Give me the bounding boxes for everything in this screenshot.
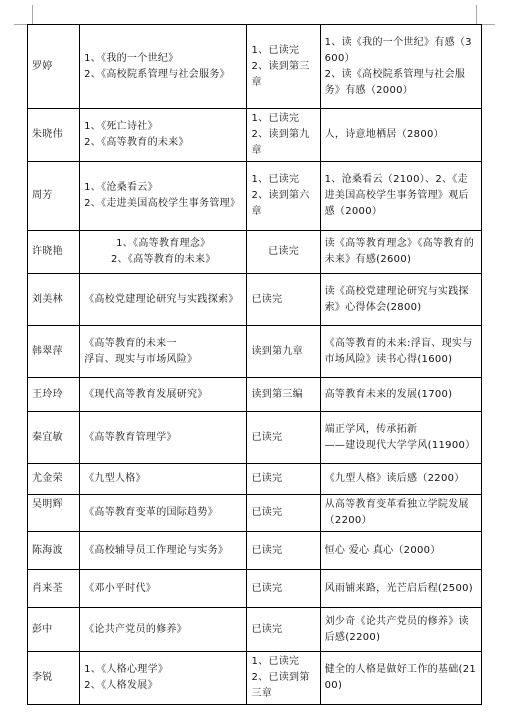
book-cell-line: 《现代高等教育发展研究》	[84, 387, 242, 403]
table-row: 朱晓伟1、《死亡诗社》2、《高等教育的未来》1、已读完2、读到第九章人，诗意地栖…	[28, 109, 482, 162]
table-row: 秦宜敏《高等教育管理学》已读完端正学风，传承拓新——建设现代大学学风(11900…	[28, 412, 482, 464]
note-cell: 高等教育未来的发展(1700)	[320, 378, 481, 412]
progress-cell-line: 2、读到第六章	[251, 188, 315, 220]
book-cell: 《高校辅导员工作理论与实务》	[80, 532, 247, 570]
book-cell-line: 《高校党建理论研究与实践探索》	[84, 292, 242, 308]
book-cell-line: 1、《死亡诗社》	[84, 119, 242, 135]
note-cell-line: 读《高校党建理论研究与实践探索》心得体会(2800)	[325, 284, 477, 316]
progress-cell-line: 读到第九章	[251, 344, 315, 360]
book-cell-line: 《九型人格》	[84, 471, 242, 487]
book-cell-line: 2、《高校院系管理与社会服务》	[84, 67, 242, 83]
note-cell-line: 刘少奇《论共产党员的修养》读后感(2200)	[325, 614, 477, 646]
note-cell-line: 从高等教育变革看独立学院发展（2200）	[325, 497, 477, 529]
note-cell-line: 《高等教育的未来:浮盲、现实与市场风险》读书心得(1600)	[325, 336, 477, 368]
book-cell-line: 《高等教育变革的国际趋势》	[84, 505, 242, 521]
book-cell-line: 1、《人格心理学》	[84, 662, 242, 678]
crop-mark-top-right-vertical	[476, 5, 477, 24]
crop-mark-top-left-vertical	[32, 5, 33, 24]
book-cell-line: 《高等教育的未来一	[84, 336, 242, 352]
book-cell: 《高校党建理论研究与实践探索》	[80, 274, 247, 326]
note-cell-line: 健全的人格是做好工作的基础(2100)	[325, 662, 477, 694]
book-cell-line: 1、《沧桑看云》	[84, 180, 242, 196]
book-cell: 1、《沧桑看云》2、《走进美国高校学生事务管理》	[80, 162, 247, 231]
book-cell-line: 2、《人格发展》	[84, 678, 242, 694]
book-cell: 1、《高等教育理念》2、《高等教育的未来》	[80, 231, 247, 274]
note-cell: 端正学风，传承拓新——建设现代大学学风(11900）	[320, 412, 481, 464]
book-cell: 《论共产党员的修养》	[80, 608, 247, 652]
note-cell-line: 恒心 爱心 真心（2000）	[325, 543, 477, 559]
book-cell: 1、《死亡诗社》2、《高等教育的未来》	[80, 109, 247, 162]
note-cell: 1、沧桑看云（2100）、2、《走进美国高校学生事务管理》观后感（2000）	[320, 162, 481, 231]
progress-cell-line: 已读完	[251, 543, 315, 559]
progress-cell-line: 1、已读完	[251, 654, 315, 670]
book-cell: 《高等教育变革的国际趋势》	[80, 495, 247, 532]
progress-cell: 1、已读完2、已读到第三章	[247, 652, 320, 705]
book-cell: 《现代高等教育发展研究》	[80, 378, 247, 412]
book-cell: 《高等教育管理学》	[80, 412, 247, 464]
book-cell-line: 《论共产党员的修养》	[84, 622, 242, 638]
book-cell-line: 1、《我的一个世纪》	[84, 51, 242, 67]
book-cell-line: 《高等教育管理学》	[84, 430, 242, 446]
table-row: 李锐1、《人格心理学》2、《人格发展》1、已读完2、已读到第三章健全的人格是做好…	[28, 652, 482, 705]
progress-cell: 1、已读完2、读到第九章	[247, 109, 320, 162]
note-cell: 恒心 爱心 真心（2000）	[320, 532, 481, 570]
table-row: 周芳1、《沧桑看云》2、《走进美国高校学生事务管理》1、已读完2、读到第六章1、…	[28, 162, 482, 231]
progress-cell: 已读完	[247, 608, 320, 652]
note-cell: 读《高校党建理论研究与实践探索》心得体会(2800)	[320, 274, 481, 326]
table-row: 罗婷1、《我的一个世纪》2、《高校院系管理与社会服务》1、已读完2、读到第三章1…	[28, 25, 482, 109]
progress-cell: 已读完	[247, 532, 320, 570]
note-cell: 《九型人格》读后感（2200）	[320, 464, 481, 495]
progress-cell: 已读完	[247, 231, 320, 274]
book-cell-line: 《邓小平时代》	[84, 581, 242, 597]
name-cell: 李锐	[28, 652, 80, 705]
book-cell: 1、《我的一个世纪》2、《高校院系管理与社会服务》	[80, 25, 247, 109]
book-cell-line: 1、《高等教育理念》	[84, 236, 242, 252]
book-cell-line: 《高校辅导员工作理论与实务》	[84, 543, 242, 559]
note-cell-line: 1、沧桑看云（2100）、2、《走进美国高校学生事务管理》观后感（2000）	[325, 172, 477, 220]
progress-cell: 已读完	[247, 464, 320, 495]
table-row: 刘美林《高校党建理论研究与实践探索》已读完读《高校党建理论研究与实践探索》心得体…	[28, 274, 482, 326]
progress-cell: 1、已读完2、读到第六章	[247, 162, 320, 231]
crop-mark-top-left-horizontal	[14, 24, 28, 25]
note-cell-line: 2、读《高校院系管理与社会服务》有感（2000）	[325, 67, 477, 99]
note-cell: 1、读《我的一个世纪》有感（3600）2、读《高校院系管理与社会服务》有感（20…	[320, 25, 481, 109]
progress-cell: 读到第三编	[247, 378, 320, 412]
progress-cell-line: 已读完	[251, 430, 315, 446]
note-cell-line: 端正学风，传承拓新	[325, 422, 477, 438]
progress-cell-line: 已读完	[251, 471, 315, 487]
progress-cell-line: 已读完	[251, 505, 315, 521]
name-cell: 周芳	[28, 162, 80, 231]
table-body: 罗婷1、《我的一个世纪》2、《高校院系管理与社会服务》1、已读完2、读到第三章1…	[28, 25, 482, 705]
progress-cell-line: 已读完	[251, 244, 315, 260]
table-row: 吴明辉《高等教育变革的国际趋势》已读完从高等教育变革看独立学院发展（2200）	[28, 495, 482, 532]
book-cell: 《高等教育的未来一浮盲、现实与市场风险》	[80, 326, 247, 378]
progress-cell-line: 2、读到第三章	[251, 59, 315, 91]
progress-cell-line: 已读完	[251, 292, 315, 308]
table-row: 尤金荣《九型人格》已读完《九型人格》读后感（2200）	[28, 464, 482, 495]
note-cell-line: 读《高等教育理念》《高等教育的未来》有感(2600)	[325, 236, 477, 268]
note-cell: 健全的人格是做好工作的基础(2100)	[320, 652, 481, 705]
book-cell-line: 2、《高等教育的未来》	[84, 135, 242, 151]
name-cell: 许晓艳	[28, 231, 80, 274]
note-cell-line: ——建设现代大学学风(11900）	[325, 438, 477, 454]
table-row: 许晓艳1、《高等教育理念》2、《高等教育的未来》已读完读《高等教育理念》《高等教…	[28, 231, 482, 274]
name-cell: 陈海波	[28, 532, 80, 570]
note-cell-line: 《九型人格》读后感（2200）	[325, 471, 477, 487]
name-cell: 吴明辉	[28, 495, 80, 532]
book-cell: 《邓小平时代》	[80, 570, 247, 608]
name-cell: 王玲玲	[28, 378, 80, 412]
name-cell: 朱晓伟	[28, 109, 80, 162]
table-row: 陈海波《高校辅导员工作理论与实务》已读完恒心 爱心 真心（2000）	[28, 532, 482, 570]
note-cell-line: 风雨铺来路，光芒启后程(2500)	[325, 581, 477, 597]
name-cell: 肖来荃	[28, 570, 80, 608]
note-cell: 刘少奇《论共产党员的修养》读后感(2200)	[320, 608, 481, 652]
name-cell: 刘美林	[28, 274, 80, 326]
table-row: 王玲玲《现代高等教育发展研究》读到第三编高等教育未来的发展(1700)	[28, 378, 482, 412]
note-cell-line: 人，诗意地栖居（2800）	[325, 127, 477, 143]
progress-cell-line: 2、已读到第三章	[251, 670, 315, 702]
progress-cell-line: 读到第三编	[251, 387, 315, 403]
table-row: 彭中《论共产党员的修养》已读完刘少奇《论共产党员的修养》读后感(2200)	[28, 608, 482, 652]
book-cell-line: 2、《高等教育的未来》	[84, 252, 242, 268]
book-cell-line: 浮盲、现实与市场风险》	[84, 352, 242, 368]
progress-cell: 读到第九章	[247, 326, 320, 378]
note-cell: 人，诗意地栖居（2800）	[320, 109, 481, 162]
progress-cell: 已读完	[247, 412, 320, 464]
crop-mark-top-right-horizontal	[481, 24, 495, 25]
progress-cell-line: 1、已读完	[251, 111, 315, 127]
progress-cell: 已读完	[247, 570, 320, 608]
name-cell: 韩翠萍	[28, 326, 80, 378]
reading-record-table: 罗婷1、《我的一个世纪》2、《高校院系管理与社会服务》1、已读完2、读到第三章1…	[27, 24, 482, 705]
name-cell: 彭中	[28, 608, 80, 652]
note-cell: 读《高等教育理念》《高等教育的未来》有感(2600)	[320, 231, 481, 274]
book-cell: 1、《人格心理学》2、《人格发展》	[80, 652, 247, 705]
note-cell: 从高等教育变革看独立学院发展（2200）	[320, 495, 481, 532]
progress-cell-line: 已读完	[251, 622, 315, 638]
progress-cell-line: 1、已读完	[251, 43, 315, 59]
note-cell-line: 1、读《我的一个世纪》有感（3600）	[325, 35, 477, 67]
progress-cell: 已读完	[247, 274, 320, 326]
progress-cell-line: 1、已读完	[251, 172, 315, 188]
note-cell: 《高等教育的未来:浮盲、现实与市场风险》读书心得(1600)	[320, 326, 481, 378]
note-cell-line: 高等教育未来的发展(1700)	[325, 387, 477, 403]
progress-cell-line: 已读完	[251, 581, 315, 597]
book-cell: 《九型人格》	[80, 464, 247, 495]
book-cell-line: 2、《走进美国高校学生事务管理》	[84, 196, 242, 212]
progress-cell: 1、已读完2、读到第三章	[247, 25, 320, 109]
name-cell: 罗婷	[28, 25, 80, 109]
table-row: 韩翠萍《高等教育的未来一浮盲、现实与市场风险》读到第九章《高等教育的未来:浮盲、…	[28, 326, 482, 378]
table-row: 肖来荃《邓小平时代》已读完风雨铺来路，光芒启后程(2500)	[28, 570, 482, 608]
note-cell: 风雨铺来路，光芒启后程(2500)	[320, 570, 481, 608]
name-cell: 秦宜敏	[28, 412, 80, 464]
progress-cell-line: 2、读到第九章	[251, 127, 315, 159]
progress-cell: 已读完	[247, 495, 320, 532]
name-cell: 尤金荣	[28, 464, 80, 495]
